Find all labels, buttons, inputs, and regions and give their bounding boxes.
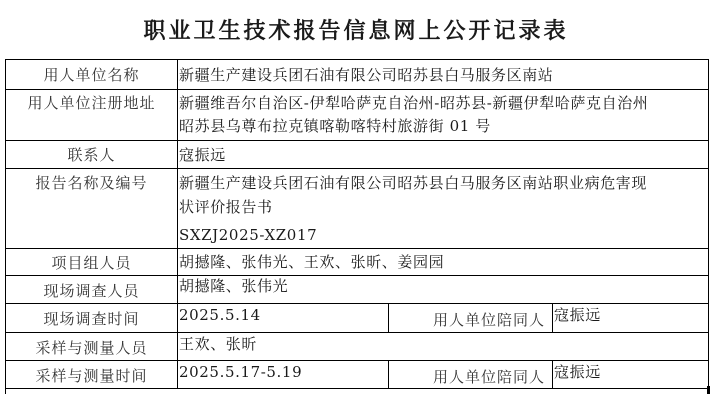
value-sampling-time: 2025.5.17-5.19 <box>178 362 388 382</box>
label-contact-person: 联系人 <box>6 145 177 165</box>
label-site-survey-staff: 现场调查人员 <box>6 281 177 301</box>
row-divider <box>5 248 709 249</box>
value-report-number: SXZJ2025-XZ017 <box>178 225 708 245</box>
value-sampling-staff: 王欢、张昕 <box>178 334 708 354</box>
label-employer-name: 用人单位名称 <box>6 65 177 85</box>
row-divider <box>5 332 709 333</box>
row-divider <box>5 89 709 90</box>
value-report-name-line2: 状评价报告书 <box>178 197 708 217</box>
row-divider <box>5 360 709 361</box>
value-contact-person: 寇振远 <box>178 145 708 165</box>
value-employer-escort-2: 寇振远 <box>553 362 708 382</box>
table-border-top <box>5 59 709 60</box>
table-border-right <box>708 59 709 389</box>
value-site-survey-time: 2025.5.14 <box>178 305 388 325</box>
value-employer-escort: 寇振远 <box>553 305 708 325</box>
row-divider <box>5 168 709 169</box>
value-site-survey-staff: 胡撼隆、张伟光 <box>178 276 708 296</box>
label-registered-address: 用人单位注册地址 <box>6 93 177 113</box>
page-corner-mark <box>707 386 710 394</box>
label-employer-escort-2: 用人单位陪同人 <box>389 367 551 387</box>
label-project-team: 项目组人员 <box>6 253 177 273</box>
page-title: 职业卫生技术报告信息网上公开记录表 <box>0 14 712 45</box>
value-registered-address-line2: 昭苏县乌尊布拉克镇喀勒喀特村旅游街 01 号 <box>178 116 708 136</box>
row-divider <box>5 388 709 389</box>
row-divider <box>5 303 709 304</box>
label-report-name-number: 报告名称及编号 <box>6 173 177 193</box>
label-site-survey-time: 现场调查时间 <box>6 309 177 329</box>
label-employer-escort: 用人单位陪同人 <box>389 310 551 330</box>
row-divider <box>5 140 709 141</box>
label-sampling-staff: 采样与测量人员 <box>6 338 177 358</box>
value-report-name-line1: 新疆生产建设兵团石油有限公司昭苏县白马服务区南站职业病危害现 <box>178 173 708 193</box>
value-registered-address-line1: 新疆维吾尔自治区-伊犁哈萨克自治州-昭苏县-新疆伊犁哈萨克自治州 <box>178 93 708 113</box>
value-project-team: 胡撼隆、张伟光、王欢、张昕、姜园园 <box>178 252 708 272</box>
label-sampling-time: 采样与测量时间 <box>6 366 177 386</box>
value-employer-name: 新疆生产建设兵团石油有限公司昭苏县白马服务区南站 <box>178 65 708 85</box>
